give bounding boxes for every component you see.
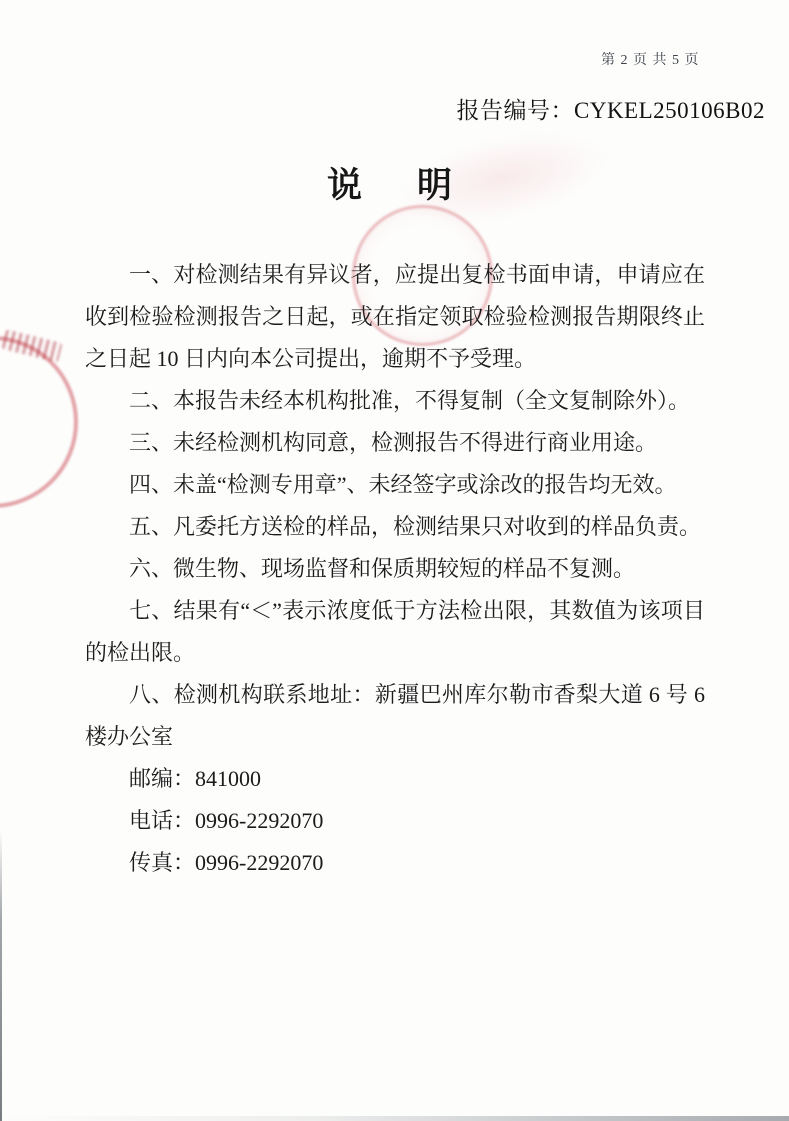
note-item-7: 七、结果有“＜”表示浓度低于方法检出限，其数值为该项目的检出限。 bbox=[85, 590, 705, 674]
document-title: 说 明 bbox=[0, 158, 789, 208]
note-item-1: 一、对检测结果有异议者，应提出复检书面申请，申请应在收到检验检测报告之日起，或在… bbox=[85, 254, 705, 380]
report-number: 报告编号：CYKEL250106B02 bbox=[457, 92, 766, 125]
red-seal-stamp-left-edge bbox=[0, 336, 78, 508]
note-item-4: 四、未盖“检测专用章”、未经签字或涂改的报告均无效。 bbox=[85, 464, 705, 506]
note-item-8: 八、检测机构联系地址：新疆巴州库尔勒市香梨大道 6 号 6 楼办公室 bbox=[85, 674, 705, 758]
scanned-report-page: 第 2 页 共 5 页 报告编号：CYKEL250106B02 说 明 一、对检… bbox=[0, 0, 789, 1121]
contact-postal-code: 邮编：841000 bbox=[85, 758, 705, 800]
note-item-6: 六、微生物、现场监督和保质期较短的样品不复测。 bbox=[85, 548, 705, 590]
notes-section: 一、对检测结果有异议者，应提出复检书面申请，申请应在收到检验检测报告之日起，或在… bbox=[85, 254, 705, 884]
page-number-indicator: 第 2 页 共 5 页 bbox=[601, 49, 700, 69]
red-seal-text-marks bbox=[1, 329, 62, 362]
contact-phone: 电话：0996-2292070 bbox=[85, 800, 705, 842]
note-item-3: 三、未经检测机构同意，检测报告不得进行商业用途。 bbox=[85, 422, 705, 464]
contact-fax: 传真：0996-2292070 bbox=[85, 842, 705, 884]
scan-edge-bottom-line bbox=[0, 1116, 789, 1121]
note-item-5: 五、凡委托方送检的样品，检测结果只对收到的样品负责。 bbox=[85, 506, 705, 548]
note-item-2: 二、本报告未经本机构批准，不得复制（全文复制除外）。 bbox=[85, 380, 705, 422]
